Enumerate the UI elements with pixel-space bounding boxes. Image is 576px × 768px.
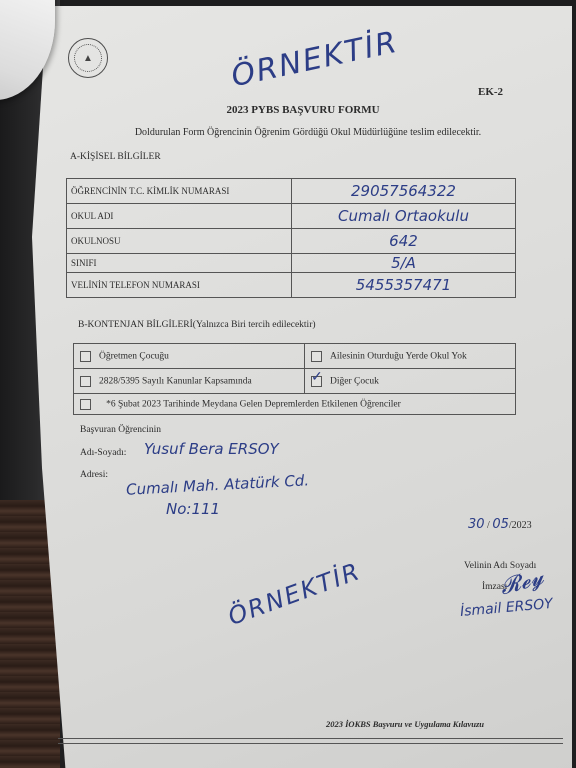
section-a-heading: A-KİŞİSEL BİLGİLER (70, 152, 161, 162)
class-field[interactable]: 5/A (292, 254, 516, 273)
field-label: OKUL ADI (67, 204, 292, 229)
address-label: Adresi: (80, 470, 108, 480)
table-row: VELİNİN TELEFON NUMARASI 5455357471 (67, 273, 516, 298)
field-label: SINIFI (67, 254, 292, 273)
option-label: *6 Şubat 2023 Tarihinde Meydana Gelen De… (106, 399, 401, 409)
date-day: 30 (468, 517, 485, 532)
ministry-emblem-icon: ▲ (68, 38, 108, 78)
emblem-inner: ▲ (74, 44, 102, 72)
school-number-field[interactable]: 642 (292, 229, 516, 254)
footer-text: 2023 İOKBS Başvuru ve Uygulama Kılavuzu (326, 719, 484, 729)
checkbox[interactable] (80, 399, 91, 410)
name-field[interactable]: Yusuf Bera ERSOY (144, 440, 279, 458)
quota-option[interactable]: Öğretmen Çocuğu (74, 344, 305, 369)
field-label: ÖĞRENCİNİN T.C. KİMLİK NUMARASI (67, 179, 292, 204)
checkbox[interactable] (80, 376, 91, 387)
option-label: Öğretmen Çocuğu (99, 351, 169, 361)
footer-rule (58, 738, 563, 739)
parent-phone-field[interactable]: 5455357471 (292, 273, 516, 298)
footer-rule (58, 743, 563, 744)
table-row: SINIFI 5/A (67, 254, 516, 273)
annex-label: EK-2 (478, 86, 503, 98)
quota-option[interactable]: *6 Şubat 2023 Tarihinde Meydana Gelen De… (74, 394, 516, 415)
section-b-heading: B-KONTENJAN BİLGİLERİ(Yalnızca Biri terc… (78, 320, 316, 330)
table-row: *6 Şubat 2023 Tarihinde Meydana Gelen De… (74, 394, 516, 415)
quota-table: Öğretmen Çocuğu Ailesinin Oturduğu Yerde… (73, 343, 516, 415)
table-row: Öğretmen Çocuğu Ailesinin Oturduğu Yerde… (74, 344, 516, 369)
quota-option[interactable]: Diğer Çocuk (305, 369, 516, 394)
tc-id-field[interactable]: 29057564322 (292, 179, 516, 204)
option-label: 2828/5395 Sayılı Kanunlar Kapsamında (99, 376, 252, 386)
date-field[interactable]: 30 / 05/2023 (468, 517, 532, 532)
quota-option[interactable]: 2828/5395 Sayılı Kanunlar Kapsamında (74, 369, 305, 394)
table-row: OKULNOSU 642 (67, 229, 516, 254)
date-year: /2023 (509, 520, 532, 531)
form-subtitle: Doldurulan Form Öğrencinin Öğrenim Gördü… (0, 127, 576, 138)
personal-info-table: ÖĞRENCİNİN T.C. KİMLİK NUMARASI 29057564… (66, 178, 516, 298)
checkbox[interactable] (311, 351, 322, 362)
date-separator: / (487, 520, 490, 531)
option-label: Diğer Çocuk (330, 376, 379, 386)
table-row: ÖĞRENCİNİN T.C. KİMLİK NUMARASI 29057564… (67, 179, 516, 204)
school-name-field[interactable]: Cumalı Ortaokulu (292, 204, 516, 229)
table-row: OKUL ADI Cumalı Ortaokulu (67, 204, 516, 229)
field-label: VELİNİN TELEFON NUMARASI (67, 273, 292, 298)
field-label: OKULNOSU (67, 229, 292, 254)
date-month: 05 (492, 517, 509, 532)
form-title: 2023 PYBS BAŞVURU FORMU (0, 104, 576, 116)
table-row: 2828/5395 Sayılı Kanunlar Kapsamında Diğ… (74, 369, 516, 394)
checkbox-checked[interactable] (311, 376, 322, 387)
name-label: Adı-Soyadı: (80, 448, 126, 458)
option-label: Ailesinin Oturduğu Yerde Okul Yok (330, 351, 467, 361)
applicant-heading: Başvuran Öğrencinin (80, 425, 161, 435)
checkbox[interactable] (80, 351, 91, 362)
address-field-line2[interactable]: No:111 (166, 500, 220, 518)
quota-option[interactable]: Ailesinin Oturduğu Yerde Okul Yok (305, 344, 516, 369)
